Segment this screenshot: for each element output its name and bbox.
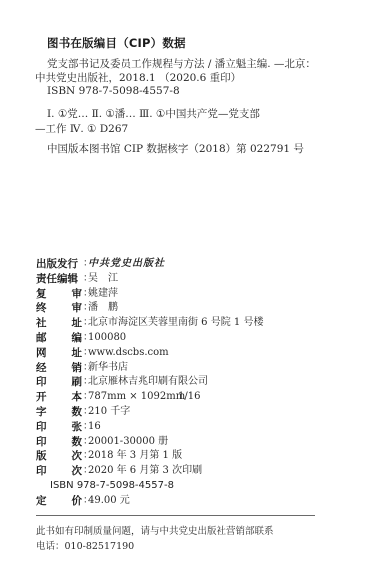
info-label-char: 审	[72, 287, 83, 302]
info-label: 邮编	[36, 331, 82, 346]
isbn-number: ISBN 978-7-5098-4557-8	[50, 479, 174, 494]
copyright-page: 图书在版编目（CIP）数据 党支部书记及委员工作规程与方法 / 潘立魁主编. —…	[0, 0, 375, 580]
info-label-text: 出版发行	[36, 257, 78, 272]
cip-heading: 图书在版编目（CIP）数据	[47, 35, 186, 51]
info-label: 社址	[36, 316, 82, 331]
info-label-char: 网	[36, 346, 47, 361]
publishing-info-table: 出版发行 ： 中共党史出版社 责任编辑 ： 吴 江 复审 ： 姚建萍 终审 ： …	[36, 257, 336, 509]
info-value: 787mm × 1092mm1/16	[88, 390, 185, 405]
info-value: 210 千字	[88, 405, 130, 420]
info-row-edition: 版次 ： 2018 年 3 月第 1 版	[36, 449, 336, 464]
cip-isbn-line: ISBN 978-7-5098-4557-8	[47, 85, 180, 97]
info-label-char: 开	[36, 390, 47, 405]
info-label: 印刷	[36, 375, 82, 390]
cip-title-line: 党支部书记及委员工作规程与方法 / 潘立魁主编. —北京：	[47, 56, 316, 71]
info-row-printer: 印刷 ： 北京雁林吉兆印刷有限公司	[36, 375, 336, 390]
info-label-char: 复	[36, 287, 47, 302]
info-row-website: 网址 ： www.dscbs.com	[36, 346, 336, 361]
quality-notice: 此书如有印制质量问题，请与中共党史出版社营销部联系	[36, 523, 274, 537]
info-value: 新华书店	[88, 361, 128, 376]
info-label-char: 址	[72, 346, 83, 361]
info-value: 潘 鹏	[88, 301, 118, 316]
info-row-isbn: ISBN 978-7-5098-4557-8	[36, 479, 336, 494]
info-value: 吴 江	[88, 272, 118, 287]
info-value: 姚建萍	[88, 287, 118, 302]
info-label-char: 数	[72, 405, 83, 420]
info-label-char: 张	[72, 420, 83, 435]
info-value: 20001-30000 册	[88, 435, 168, 450]
info-value: 16	[88, 420, 101, 435]
info-label-char: 邮	[36, 331, 47, 346]
info-label-char: 址	[72, 316, 83, 331]
info-label-char: 版	[36, 449, 47, 464]
info-value: 中共党史出版社	[88, 257, 165, 272]
info-label-text: 责任编辑	[36, 272, 78, 287]
info-label: 开本	[36, 390, 82, 405]
format-size: 787mm × 1092mm	[88, 391, 185, 402]
info-row-word-count: 字数 ： 210 千字	[36, 405, 336, 420]
info-label: 版次	[36, 449, 82, 464]
info-value: 北京市海淀区芙蓉里南街 6 号院 1 号楼	[88, 316, 263, 331]
info-label: 复审	[36, 287, 82, 302]
info-label-char: 销	[72, 361, 83, 376]
info-label: 经销	[36, 361, 82, 376]
website-link: www.dscbs.com	[88, 346, 169, 361]
info-label-char: 印	[36, 435, 47, 450]
info-label-char: 印	[36, 420, 47, 435]
info-label: 印张	[36, 420, 82, 435]
info-value: 北京雁林吉兆印刷有限公司	[88, 375, 208, 390]
info-row-sheets: 印张 ： 16	[36, 420, 336, 435]
info-row-postcode: 邮编 ： 100080	[36, 331, 336, 346]
info-label-char: 审	[72, 301, 83, 316]
cip-publisher-line: 中共党史出版社，2018.1 （2020.6 重印）	[35, 70, 241, 85]
info-label-char: 终	[36, 301, 47, 316]
info-label: 印次	[36, 464, 82, 479]
info-value: 2018 年 3 月第 1 版	[88, 449, 182, 464]
info-label-char: 经	[36, 361, 47, 376]
info-label-char: 印	[36, 375, 47, 390]
footer-divider	[36, 515, 315, 516]
info-row-distributor: 经销 ： 新华书店	[36, 361, 336, 376]
info-label-char: 价	[72, 494, 83, 509]
info-label: 终审	[36, 301, 82, 316]
info-label-char: 本	[72, 390, 83, 405]
info-label: 定价	[36, 494, 82, 509]
info-row-print-run: 印数 ： 20001-30000 册	[36, 435, 336, 450]
info-value: 2020 年 6 月第 3 次印刷	[88, 464, 202, 479]
contact-phone: 电话：010-82517190	[36, 538, 134, 552]
info-label-char: 字	[36, 405, 47, 420]
info-label-char: 次	[72, 464, 83, 479]
info-row-printing: 印次 ： 2020 年 6 月第 3 次印刷	[36, 464, 336, 479]
info-row-format: 开本 ： 787mm × 1092mm1/16	[36, 390, 336, 405]
format-fold: 1/16	[178, 390, 200, 405]
info-label: 字数	[36, 405, 82, 420]
info-label: 网址	[36, 346, 82, 361]
info-row-price: 定价 ： 49.00 元	[36, 494, 336, 509]
info-row-editor: 责任编辑 ： 吴 江	[36, 272, 336, 287]
info-row-review: 复审 ： 姚建萍	[36, 287, 336, 302]
info-label: 责任编辑	[36, 272, 82, 287]
info-label-char: 定	[36, 494, 47, 509]
price-value: 49.00 元	[88, 494, 130, 509]
info-label-char: 社	[36, 316, 47, 331]
info-label-char: 编	[72, 331, 83, 346]
cip-record-number: 中国版本图书馆 CIP 数据核字（2018）第 022791 号	[47, 141, 304, 156]
cip-classification-line: Ⅰ. ①党… Ⅱ. ①潘… Ⅲ. ①中国共产党—党支部	[47, 106, 260, 121]
info-value: 100080	[88, 331, 126, 346]
info-label-char: 印	[36, 464, 47, 479]
info-label-char: 数	[72, 435, 83, 450]
info-label-char: 次	[72, 449, 83, 464]
info-row-address: 社址 ： 北京市海淀区芙蓉里南街 6 号院 1 号楼	[36, 316, 336, 331]
cip-classification-continued: —工作 Ⅳ. ① D267	[35, 121, 128, 136]
info-row-publisher: 出版发行 ： 中共党史出版社	[36, 257, 336, 272]
info-label: 印数	[36, 435, 82, 450]
info-label-char: 刷	[72, 375, 83, 390]
info-row-final-review: 终审 ： 潘 鹏	[36, 301, 336, 316]
info-label: 出版发行	[36, 257, 82, 272]
